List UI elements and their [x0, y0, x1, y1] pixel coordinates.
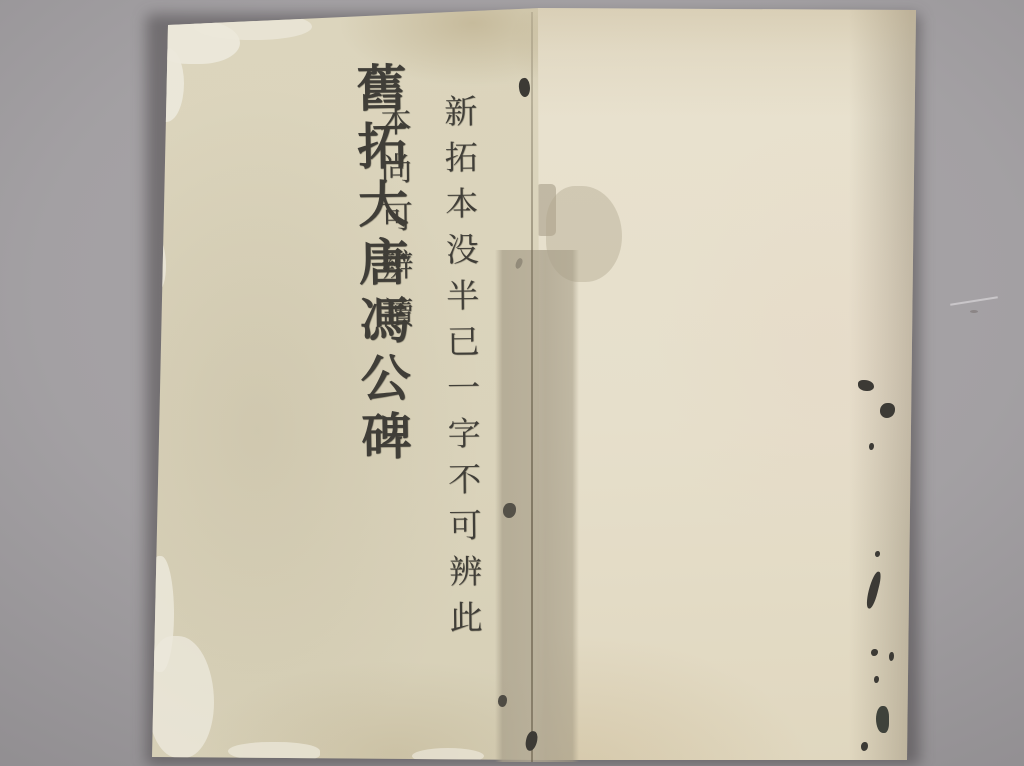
annotation-column-1: 新拓本没半已一字不可辨此	[435, 94, 488, 646]
ink-bleed-mark	[880, 403, 895, 418]
ink-bleed-mark	[858, 380, 874, 391]
ink-bleed-mark	[874, 676, 879, 683]
annotation-column-2: 本尚可辨讀	[371, 104, 420, 344]
book: 舊拓大唐馮公碑 新拓本没半已一字不可辨此 本尚可辨讀	[150, 8, 918, 762]
ink-bleed-mark	[861, 742, 868, 751]
spine-crease	[531, 12, 533, 762]
ink-bleed-mark	[875, 551, 880, 557]
ink-bleed-mark	[871, 649, 878, 656]
ink-bleed-mark	[869, 443, 874, 450]
torn-edge-patch	[148, 636, 214, 758]
ink-bleed-mark	[865, 570, 883, 609]
ink-bleed-mark	[876, 706, 889, 733]
background-scratch	[970, 310, 978, 313]
background-scratch	[950, 296, 998, 305]
ink-bleed-mark	[889, 652, 894, 661]
